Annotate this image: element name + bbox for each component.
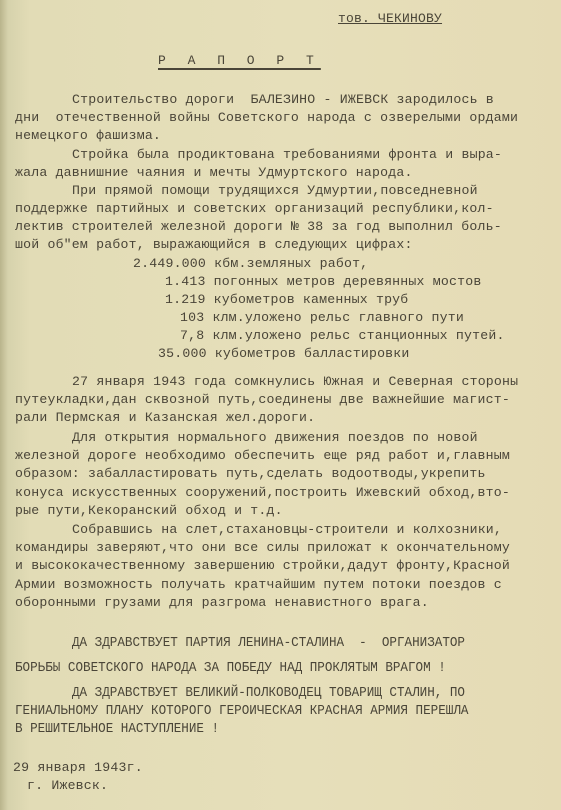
body-line: оборонными грузами для разгрома ненавист…	[15, 595, 429, 611]
figure-line: 2.449.000 кбм.земляных работ,	[133, 256, 368, 272]
slogan-line: В РЕШИТЕЛЬНОЕ НАСТУПЛЕНИЕ !	[15, 720, 219, 738]
document-date: 29 января 1943г.	[13, 760, 143, 776]
slogan-line: ГЕНИАЛЬНОМУ ПЛАНУ КОТОРОГО ГЕРОИЧЕСКАЯ К…	[15, 702, 468, 720]
typewritten-report-page: тов. ЧЕКИНОВУ Р А П О Р Т Строительство …	[0, 0, 561, 810]
body-line: и высококачественному завершению стройки…	[15, 558, 510, 574]
body-line: Собравшись на слет,стахановцы-строители …	[72, 522, 502, 538]
body-line: Стройка была продиктована требованиями ф…	[72, 147, 502, 163]
figure-line: 1.219 кубометров каменных труб	[165, 292, 408, 308]
slogan-line: ДА ЗДРАВСТВУЕТ ВЕЛИКИЙ-ПОЛКОВОДЕЦ ТОВАРИ…	[72, 684, 465, 702]
body-line: жала давнишние чаяния и мечты Удмуртског…	[15, 165, 413, 181]
body-line: При прямой помощи трудящихся Удмуртии,по…	[72, 183, 478, 199]
body-line: конуса искусственных сооружений,построит…	[15, 485, 510, 501]
body-line: дни отечественной войны Советского народ…	[15, 110, 518, 126]
body-line: лектив строителей железной дороги № 38 з…	[15, 219, 502, 235]
body-line: рали Пермская и Казанская жел.дороги.	[15, 410, 315, 426]
addressee: тов. ЧЕКИНОВУ	[338, 11, 442, 27]
body-line: Армии возможность получать кратчайшим пу…	[15, 577, 502, 593]
body-line: командиры заверяют,что они все силы прил…	[15, 540, 510, 556]
body-line: путеукладки,дан сквозной путь,соединены …	[15, 392, 510, 408]
body-line: образом: забалластировать путь,сделать в…	[15, 466, 486, 482]
figure-line: 7,8 клм.уложено рельс станционных путей.	[180, 328, 505, 344]
figure-line: 1.413 погонных метров деревянных мостов	[165, 274, 481, 290]
body-line: немецкого фашизма.	[15, 128, 161, 144]
body-line: железной дороге необходимо обеспечить ещ…	[15, 448, 510, 464]
body-line: Строительство дороги БАЛЕЗИНО - ИЖЕВСК з…	[72, 92, 494, 108]
figure-line: 35.000 кубометров балластировки	[158, 346, 410, 362]
body-line: поддержке партийных и советских организа…	[15, 201, 494, 217]
document-title: Р А П О Р Т	[158, 53, 321, 69]
body-line: шой об"ем работ, выражающийся в следующи…	[15, 237, 413, 253]
body-line: 27 января 1943 года сомкнулись Южная и С…	[72, 374, 518, 390]
body-line: Для открытия нормального движения поездо…	[72, 430, 478, 446]
slogan-line: ДА ЗДРАВСТВУЕТ ПАРТИЯ ЛЕНИНА-СТАЛИНА - О…	[72, 634, 465, 652]
slogan-line: БОРЬБЫ СОВЕТСКОГО НАРОДА ЗА ПОБЕДУ НАД П…	[15, 659, 446, 677]
document-place: г. Ижевск.	[27, 778, 108, 794]
figure-line: 103 клм.уложено рельс главного пути	[180, 310, 464, 326]
body-line: рые пути,Кекоранский обход и т.д.	[15, 503, 283, 519]
